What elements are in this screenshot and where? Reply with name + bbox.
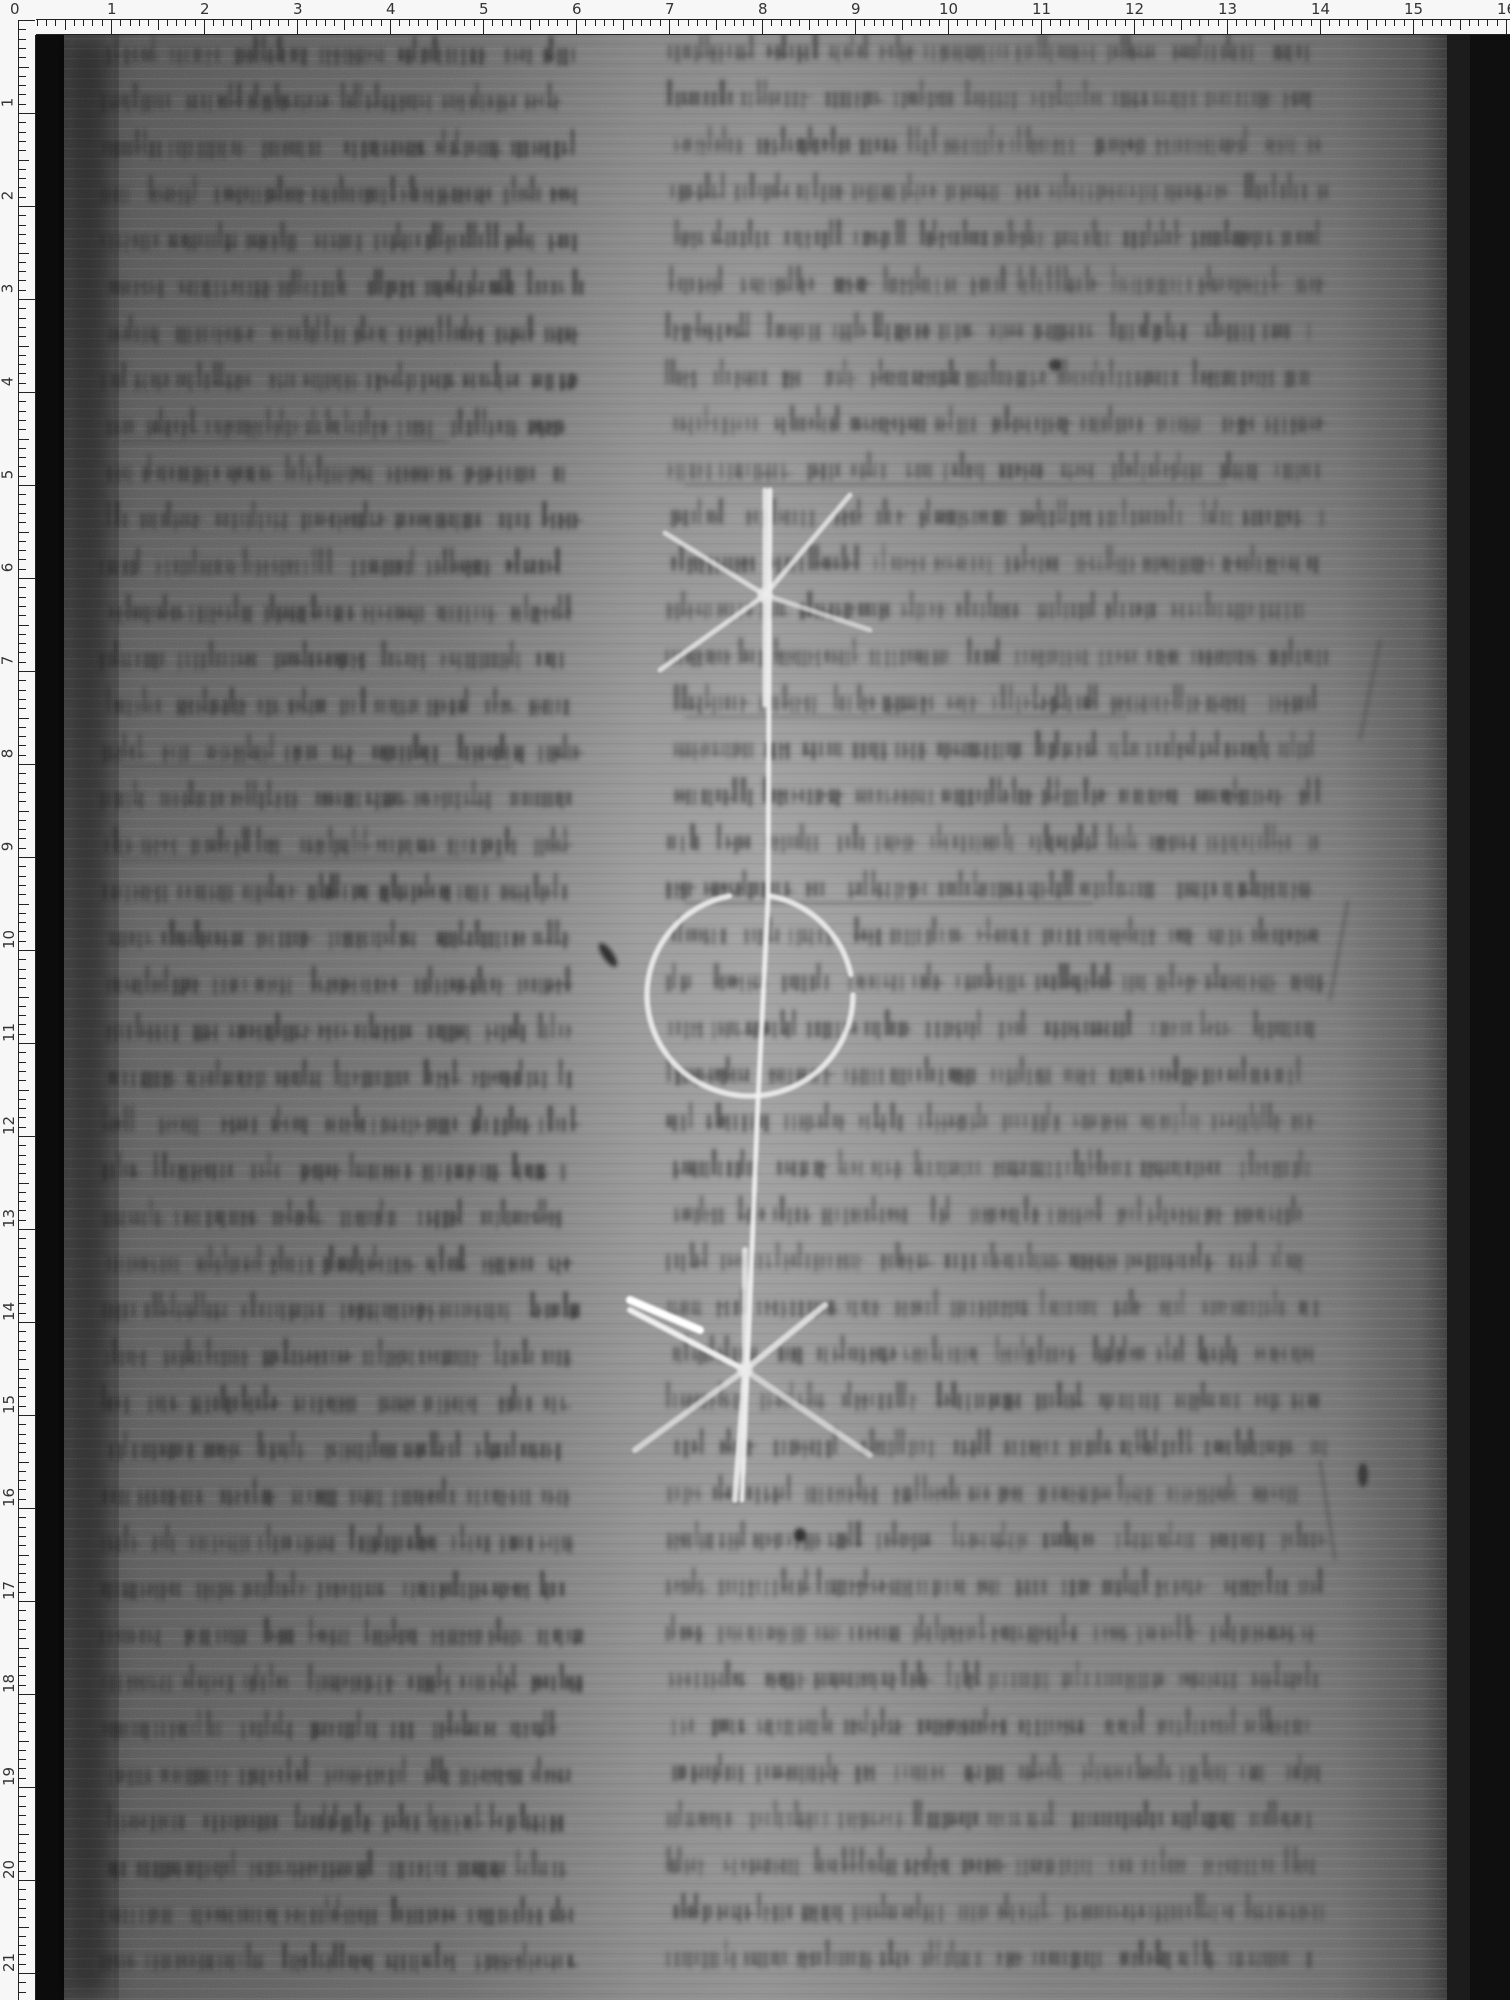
ruler-h-tick bbox=[102, 20, 103, 26]
ruler-h-tick bbox=[1236, 20, 1237, 26]
ruler-h-tick bbox=[929, 20, 930, 26]
ruler-v-tick bbox=[19, 569, 26, 570]
ruler-h-tick bbox=[1311, 20, 1312, 26]
ruler-v-tick bbox=[19, 1480, 26, 1481]
ruler-h-tick bbox=[967, 20, 968, 26]
ruler-h-tick bbox=[1013, 20, 1014, 26]
ruler-h-tick bbox=[409, 20, 410, 26]
ruler-v-tick bbox=[19, 634, 26, 635]
ruler-v-tick bbox=[19, 1294, 26, 1295]
ruler-v-tick bbox=[19, 1899, 26, 1900]
ruler-v-tick bbox=[19, 1824, 26, 1825]
ruler-v-tick bbox=[19, 169, 26, 170]
ruler-h-tick bbox=[344, 20, 345, 30]
ruler-v-tick bbox=[19, 39, 26, 40]
ruler-h-tick bbox=[511, 20, 512, 26]
ruler-v-tick bbox=[19, 997, 29, 998]
ruler-v-tick bbox=[19, 1452, 26, 1453]
ruler-v-label-4: 4 bbox=[0, 377, 15, 387]
ruler-v-label-15: 15 bbox=[2, 1395, 17, 1414]
ruler-v-tick bbox=[19, 699, 26, 700]
ruler-v-tick bbox=[19, 904, 29, 905]
ruler-v-tick bbox=[19, 1145, 26, 1146]
ruler-h-tick bbox=[446, 20, 447, 26]
ruler-h-tick bbox=[1022, 20, 1023, 26]
ruler-v-label-5: 5 bbox=[0, 470, 15, 480]
ruler-v-tick bbox=[19, 801, 26, 802]
ruler-v-tick bbox=[19, 141, 26, 142]
ruler-v-tick bbox=[19, 1964, 26, 1965]
ruler-v-tick bbox=[19, 978, 26, 979]
ruler-v-tick bbox=[19, 243, 26, 244]
ruler-h-tick bbox=[483, 19, 484, 34]
ruler-h-tick bbox=[1301, 20, 1302, 26]
ruler-v-tick bbox=[19, 504, 26, 505]
ruler-v-label-21: 21 bbox=[2, 1953, 17, 1972]
ruler-h-tick bbox=[185, 20, 186, 26]
ruler-h-tick bbox=[1274, 20, 1275, 30]
ruler-v-tick bbox=[19, 1638, 26, 1639]
ruler-v-tick bbox=[19, 559, 26, 560]
ruler-v-tick bbox=[19, 1954, 26, 1955]
ruler-h-tick bbox=[1255, 20, 1256, 26]
ruler-h-tick bbox=[864, 20, 865, 26]
ruler-h-tick bbox=[539, 20, 540, 26]
ruler-h-tick bbox=[1115, 20, 1116, 26]
ruler-v-tick bbox=[18, 1043, 35, 1044]
ruler-v-tick bbox=[19, 1331, 26, 1332]
ruler-h-tick bbox=[948, 19, 949, 34]
ruler-v-tick bbox=[19, 1610, 26, 1611]
ruler-v-tick bbox=[18, 1415, 35, 1416]
ruler-h-tick bbox=[353, 20, 354, 26]
ruler-h-tick bbox=[836, 20, 837, 26]
ruler-v-tick bbox=[19, 1834, 29, 1835]
ruler-v-tick bbox=[19, 197, 26, 198]
ruler-v-tick bbox=[19, 913, 26, 914]
ruler-v-tick bbox=[19, 1276, 29, 1277]
ruler-v-tick bbox=[19, 745, 26, 746]
ruler-v-tick bbox=[19, 1796, 26, 1797]
ruler-v-tick bbox=[19, 1582, 26, 1583]
ruler-h-tick bbox=[176, 20, 177, 26]
ruler-h-tick bbox=[1199, 20, 1200, 26]
ruler-v-label-18: 18 bbox=[2, 1674, 17, 1693]
ruler-h-tick bbox=[771, 20, 772, 26]
ruler-h-tick bbox=[1069, 20, 1070, 26]
ruler-v-tick bbox=[18, 1322, 35, 1323]
ruler-v-tick bbox=[18, 671, 35, 672]
ruler-v-tick bbox=[19, 1666, 26, 1667]
ruler-v-tick bbox=[19, 429, 26, 430]
ruler-v-tick bbox=[19, 1396, 26, 1397]
ruler-v-tick bbox=[19, 1750, 26, 1751]
ruler-h-tick bbox=[1441, 20, 1442, 26]
ruler-h-tick bbox=[846, 20, 847, 26]
ruler-h-tick bbox=[595, 20, 596, 26]
ruler-v-label-20: 20 bbox=[2, 1860, 17, 1879]
ruler-h-tick bbox=[139, 20, 140, 26]
ruler-v-tick bbox=[19, 178, 26, 179]
ruler-v-tick bbox=[18, 1508, 35, 1509]
ruler-v-tick bbox=[18, 1787, 35, 1788]
ruler-v-tick bbox=[19, 290, 26, 291]
ruler-h-tick bbox=[1264, 20, 1265, 26]
ruler-v-tick bbox=[19, 625, 29, 626]
ruler-h-tick bbox=[1357, 20, 1358, 26]
ruler-h-label-5: 5 bbox=[479, 2, 489, 17]
ruler-h-tick bbox=[548, 20, 549, 26]
ruler-h-tick bbox=[669, 19, 670, 34]
ruler-v-label-8: 8 bbox=[0, 749, 15, 759]
ruler-v-tick bbox=[18, 485, 35, 486]
ruler-h-tick bbox=[278, 20, 279, 26]
ruler-v-label-16: 16 bbox=[2, 1488, 17, 1507]
ruler-h-tick bbox=[1162, 20, 1163, 26]
ruler-v-tick bbox=[19, 1685, 26, 1686]
ruler-h-tick bbox=[1088, 20, 1089, 30]
ruler-h-tick bbox=[251, 20, 252, 30]
ruler-h-label-16: 16 bbox=[1497, 2, 1510, 17]
ruler-v-tick bbox=[18, 113, 35, 114]
ruler-h-tick bbox=[939, 20, 940, 26]
ruler-h-label-1: 1 bbox=[107, 2, 117, 17]
ruler-h-label-15: 15 bbox=[1404, 2, 1423, 17]
ruler-h-tick bbox=[1078, 20, 1079, 26]
ruler-h-tick bbox=[390, 19, 391, 34]
ruler-h-tick bbox=[1125, 20, 1126, 26]
ruler-h-tick bbox=[1004, 20, 1005, 26]
ruler-v-tick bbox=[19, 1443, 26, 1444]
ruler-v-tick bbox=[19, 587, 26, 588]
ruler-v-tick bbox=[19, 987, 26, 988]
ruler-v-label-1: 1 bbox=[0, 98, 15, 108]
ruler-v-tick bbox=[19, 1378, 26, 1379]
ruler-h-tick bbox=[158, 20, 159, 30]
ruler-v-tick bbox=[19, 513, 26, 514]
ruler-h-tick bbox=[1292, 20, 1293, 26]
ruler-v-tick bbox=[19, 876, 26, 877]
ruler-h-tick bbox=[1478, 20, 1479, 26]
ruler-v-tick bbox=[19, 1759, 26, 1760]
ruler-v-tick bbox=[19, 1908, 26, 1909]
ruler-h-tick bbox=[204, 19, 205, 34]
ruler-h-tick bbox=[325, 20, 326, 26]
ruler-h-tick bbox=[55, 20, 56, 26]
ruler-v-tick bbox=[19, 85, 26, 86]
ruler-h-tick bbox=[1134, 19, 1135, 34]
ruler-v-tick bbox=[19, 448, 26, 449]
ruler-v-tick bbox=[19, 1629, 26, 1630]
ruler-v-tick bbox=[19, 1434, 26, 1435]
ruler-v-tick bbox=[19, 1852, 26, 1853]
ruler-h-tick bbox=[1367, 20, 1368, 30]
ruler-v-tick bbox=[19, 1806, 26, 1807]
ruler-v-label-6: 6 bbox=[0, 563, 15, 573]
ruler-h-tick bbox=[46, 20, 47, 26]
ruler-h-tick bbox=[371, 20, 372, 26]
ruler-v-tick bbox=[19, 736, 26, 737]
ruler-v-tick bbox=[19, 1099, 26, 1100]
ruler-v-tick bbox=[19, 1387, 26, 1388]
ruler-v-label-19: 19 bbox=[2, 1767, 17, 1786]
ruler-h-tick bbox=[437, 20, 438, 30]
ruler-h-tick bbox=[660, 20, 661, 26]
ruler-v-label-0: 0 bbox=[10, 2, 20, 17]
ruler-v-tick bbox=[19, 187, 26, 188]
ruler-v-tick bbox=[19, 1341, 26, 1342]
ruler-v-tick bbox=[19, 1238, 26, 1239]
ruler-v-tick bbox=[19, 755, 26, 756]
ruler-v-tick bbox=[19, 1620, 26, 1621]
ruler-h-tick bbox=[260, 20, 261, 26]
ruler-v-label-3: 3 bbox=[0, 284, 15, 294]
ruler-v-tick bbox=[19, 1462, 29, 1463]
ruler-v-tick bbox=[19, 773, 26, 774]
ruler-v-tick bbox=[19, 122, 26, 123]
ruler-h-label-7: 7 bbox=[665, 2, 675, 17]
ruler-v-tick bbox=[19, 1471, 26, 1472]
ruler-h-tick bbox=[1143, 20, 1144, 26]
ruler-h-tick bbox=[195, 20, 196, 26]
ruler-v-tick bbox=[19, 522, 26, 523]
ruler-v-tick bbox=[18, 950, 35, 951]
ruler-v-tick bbox=[19, 1936, 26, 1937]
ruler-v-tick bbox=[19, 848, 26, 849]
ruler-h-tick bbox=[799, 20, 800, 26]
ruler-v-tick bbox=[19, 1564, 26, 1565]
ruler-v-tick bbox=[19, 420, 26, 421]
ruler-v-tick bbox=[19, 532, 29, 533]
ruler-v-tick bbox=[19, 820, 26, 821]
ruler-v-tick bbox=[18, 578, 35, 579]
ruler-v-tick bbox=[18, 299, 35, 300]
ruler-v-tick bbox=[19, 336, 26, 337]
ruler-v-tick bbox=[19, 1201, 26, 1202]
ruler-v-tick bbox=[19, 67, 29, 68]
ruler-h-tick bbox=[855, 19, 856, 34]
ruler-v-tick bbox=[18, 206, 35, 207]
ruler-h-tick bbox=[1469, 20, 1470, 26]
ruler-v-tick bbox=[19, 76, 26, 77]
ruler-v-tick bbox=[19, 1675, 26, 1676]
ruler-v-tick bbox=[19, 1768, 26, 1769]
ruler-h-tick bbox=[725, 20, 726, 26]
ruler-v-label-14: 14 bbox=[2, 1302, 17, 1321]
ruler-v-tick bbox=[19, 597, 26, 598]
ruler-v-tick bbox=[19, 941, 26, 942]
ruler-v-tick bbox=[18, 1136, 35, 1137]
ruler-v-tick bbox=[19, 494, 26, 495]
ruler-h-tick bbox=[1106, 20, 1107, 26]
ruler-v-tick bbox=[19, 606, 26, 607]
ruler-v-tick bbox=[19, 1164, 26, 1165]
ruler-h-label-4: 4 bbox=[386, 2, 396, 17]
ruler-v-tick bbox=[19, 1192, 26, 1193]
ruler-v-tick bbox=[19, 1313, 26, 1314]
ruler-h-tick bbox=[902, 20, 903, 30]
ruler-h-tick bbox=[1394, 20, 1395, 26]
ruler-h-tick bbox=[1348, 20, 1349, 26]
ruler-h-tick bbox=[362, 20, 363, 26]
ruler-h-tick bbox=[874, 20, 875, 26]
ruler-h-tick bbox=[1450, 20, 1451, 26]
ruler-v-tick bbox=[19, 838, 26, 839]
ruler-v-tick bbox=[19, 1090, 29, 1091]
ruler-v-tick bbox=[19, 931, 26, 932]
ruler-h-tick bbox=[1190, 20, 1191, 26]
ruler-v-tick bbox=[19, 783, 26, 784]
ruler-h-tick bbox=[557, 20, 558, 26]
left-edge-shadow bbox=[36, 35, 64, 2000]
ruler-v-tick bbox=[19, 234, 26, 235]
ruler-h-tick bbox=[399, 20, 400, 26]
ruler-h-tick bbox=[381, 20, 382, 26]
ruler-v-tick bbox=[19, 885, 26, 886]
ruler-h-tick bbox=[1487, 20, 1488, 26]
ruler-v-tick bbox=[19, 346, 29, 347]
ruler-v-tick bbox=[19, 1778, 26, 1779]
ruler-h-tick bbox=[474, 20, 475, 26]
ruler-v-tick bbox=[19, 643, 26, 644]
ruler-h-tick bbox=[1376, 20, 1377, 26]
ruler-v-tick bbox=[19, 1220, 26, 1221]
ruler-v-tick bbox=[19, 1080, 26, 1081]
ruler-v-tick bbox=[19, 541, 26, 542]
ruler-h-tick bbox=[1041, 19, 1042, 34]
ruler-v-tick bbox=[19, 1108, 26, 1109]
ruler-h-tick bbox=[1506, 19, 1507, 34]
ruler-v-tick bbox=[19, 1657, 26, 1658]
ruler-v-tick bbox=[19, 1127, 26, 1128]
ruler-h-tick bbox=[1329, 20, 1330, 26]
ruler-v-tick bbox=[19, 1648, 29, 1649]
ruler-v-tick bbox=[19, 327, 26, 328]
ruler-h-tick bbox=[297, 19, 298, 34]
ruler-v-tick bbox=[19, 1982, 26, 1983]
ruler-v-tick bbox=[19, 1713, 26, 1714]
ruler-h-tick bbox=[781, 20, 782, 26]
ruler-h-tick bbox=[148, 20, 149, 26]
ruler-v-tick bbox=[19, 1015, 26, 1016]
manuscript-image bbox=[36, 35, 1510, 2000]
ruler-v-tick bbox=[19, 271, 26, 272]
ruler-h-tick bbox=[1171, 20, 1172, 26]
ruler-v-tick bbox=[19, 476, 26, 477]
ruler-h-tick bbox=[1050, 20, 1051, 26]
ruler-v-tick bbox=[19, 1034, 26, 1035]
ruler-h-label-12: 12 bbox=[1125, 2, 1144, 17]
ruler-v-tick bbox=[19, 550, 26, 551]
ruler-h-tick bbox=[269, 20, 270, 26]
ruler-v-tick bbox=[19, 1917, 26, 1918]
ruler-v-tick bbox=[19, 718, 29, 719]
ruler-h-label-10: 10 bbox=[939, 2, 958, 17]
ruler-v-tick bbox=[19, 1071, 26, 1072]
ruler-v-tick bbox=[19, 1843, 26, 1844]
ruler-h-tick bbox=[632, 20, 633, 26]
ruler-v-tick bbox=[19, 457, 26, 458]
ruler-h-tick bbox=[1283, 20, 1284, 26]
ruler-h-tick bbox=[1032, 20, 1033, 26]
ruler-h-tick bbox=[83, 20, 84, 26]
ruler-h-tick bbox=[753, 20, 754, 26]
ruler-h-tick bbox=[111, 19, 112, 34]
ruler-v-tick bbox=[19, 1992, 26, 1993]
ruler-h-tick bbox=[130, 20, 131, 26]
ruler-h-tick bbox=[306, 20, 307, 26]
ruler-v-tick bbox=[19, 1006, 26, 1007]
ruler-h-tick bbox=[1404, 20, 1405, 26]
ruler-v-tick bbox=[19, 1555, 29, 1556]
ruler-h-tick bbox=[613, 20, 614, 26]
ruler-v-label-7: 7 bbox=[0, 656, 15, 666]
ruler-v-tick bbox=[19, 466, 26, 467]
ruler-v-label-13: 13 bbox=[2, 1209, 17, 1228]
ruler-v-tick bbox=[19, 262, 26, 263]
ruler-v-tick bbox=[19, 1573, 26, 1574]
ruler-h-tick bbox=[502, 20, 503, 26]
ruler-v-tick bbox=[19, 1024, 26, 1025]
ruler-v-tick bbox=[19, 1359, 26, 1360]
ruler-v-tick bbox=[19, 1155, 26, 1156]
ruler-v-tick bbox=[19, 1489, 26, 1490]
ruler-v-tick bbox=[19, 1741, 29, 1742]
ruler-h-tick bbox=[492, 20, 493, 26]
ruler-h-tick bbox=[762, 19, 763, 34]
ruler-v-tick bbox=[19, 29, 26, 30]
ruler-v-tick bbox=[19, 355, 26, 356]
ruler-h-tick bbox=[334, 20, 335, 26]
ruler-h-tick bbox=[1432, 20, 1433, 26]
ruler-v-tick bbox=[19, 1406, 26, 1407]
ruler-v-tick bbox=[19, 401, 26, 402]
ruler-v-tick bbox=[19, 1350, 26, 1351]
ruler-h-tick bbox=[464, 20, 465, 26]
ruler-h-label-14: 14 bbox=[1311, 2, 1330, 17]
ruler-v-tick bbox=[19, 280, 26, 281]
ruler-v-tick bbox=[19, 1424, 26, 1425]
ruler-h-tick bbox=[1227, 19, 1228, 34]
left-edge-fade bbox=[64, 35, 114, 2000]
ruler-v-tick bbox=[19, 662, 26, 663]
ruler-v-label-11: 11 bbox=[2, 1023, 17, 1042]
ruler-v-tick bbox=[19, 215, 26, 216]
ruler-h-tick bbox=[1153, 20, 1154, 26]
ruler-h-label-3: 3 bbox=[293, 2, 303, 17]
ruler-v-tick bbox=[19, 1703, 26, 1704]
ruler-v-tick bbox=[19, 1592, 26, 1593]
ruler-v-tick bbox=[19, 253, 29, 254]
ruler-v-tick bbox=[19, 1536, 26, 1537]
ruler-h-tick bbox=[743, 20, 744, 26]
ruler-h-tick bbox=[995, 20, 996, 30]
ruler-h-tick bbox=[911, 20, 912, 26]
ruler-v-label-12: 12 bbox=[2, 1116, 17, 1135]
ruler-v-tick bbox=[19, 48, 26, 49]
ruler-v-tick bbox=[19, 1303, 26, 1304]
ruler-v-tick bbox=[19, 1945, 26, 1946]
ruler-h-tick bbox=[623, 20, 624, 30]
ruler-v-tick bbox=[19, 969, 26, 970]
ruler-h-tick bbox=[734, 20, 735, 26]
ruler-v-tick bbox=[19, 1927, 29, 1928]
ruler-v-tick bbox=[19, 1889, 26, 1890]
grain-overlay bbox=[36, 35, 1510, 2000]
ruler-h-label-8: 8 bbox=[758, 2, 768, 17]
ruler-h-tick bbox=[985, 20, 986, 26]
ruler-v-tick bbox=[19, 225, 26, 226]
